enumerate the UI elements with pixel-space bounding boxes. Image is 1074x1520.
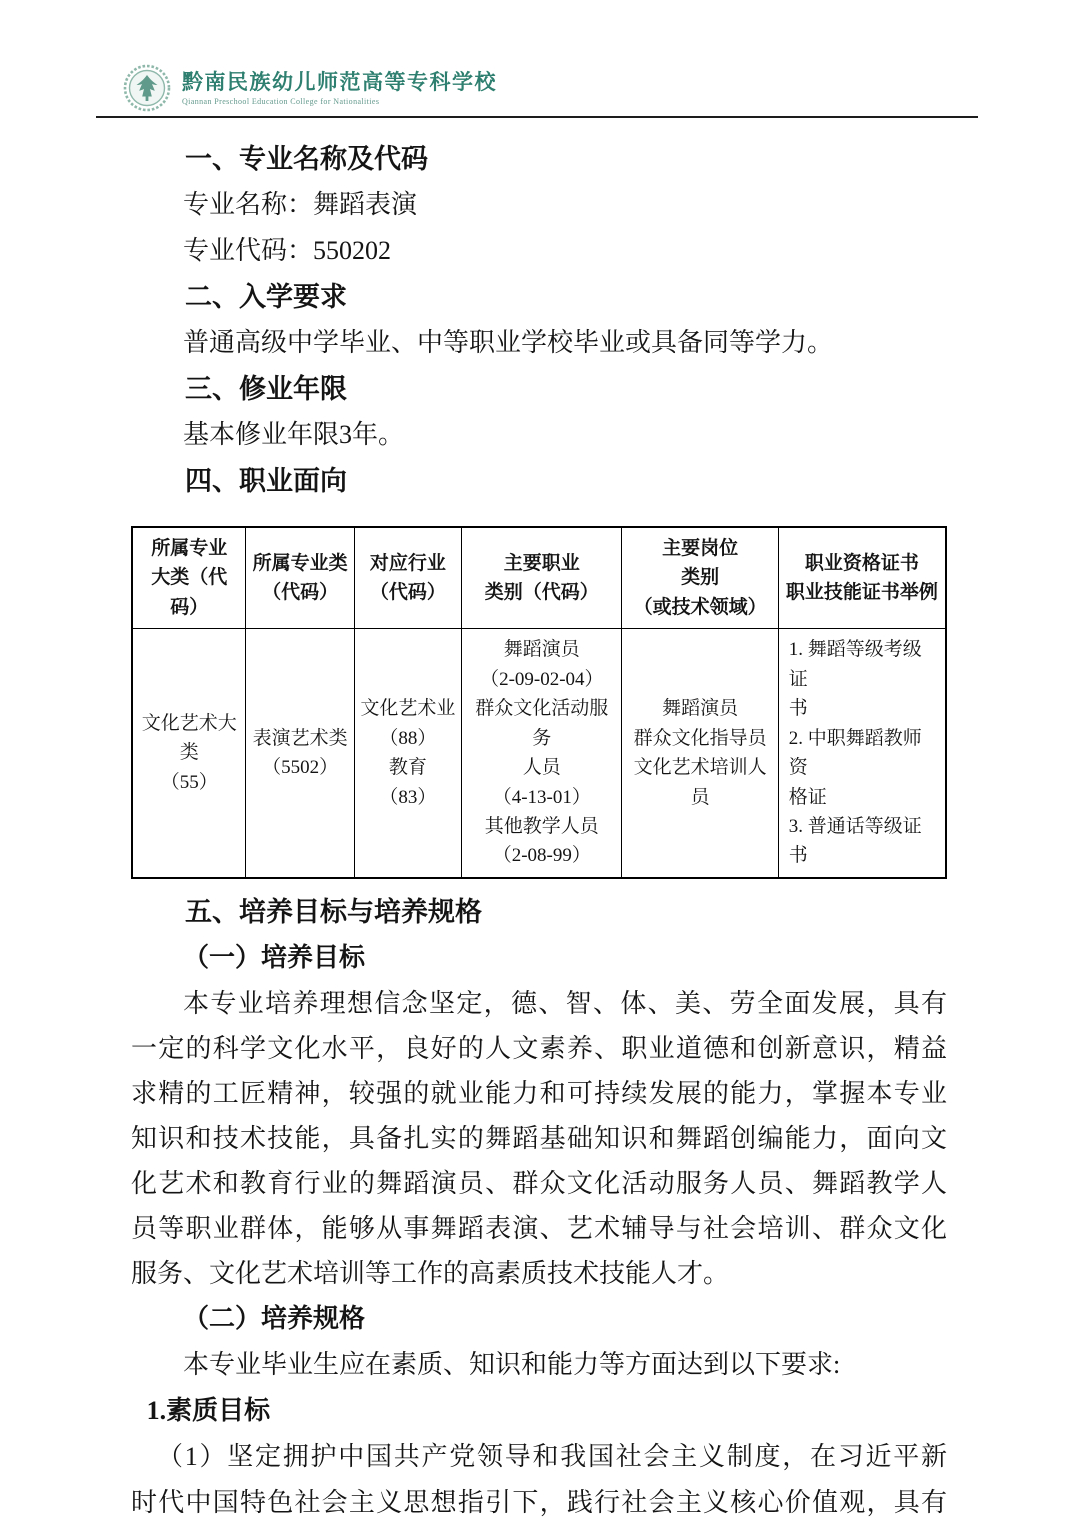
section2-heading: 二、入学要求 <box>131 274 947 320</box>
td-certificates: 1. 舞蹈等级考级证 书 2. 中职舞蹈教师资 格证 3. 普通话等级证书 <box>778 629 946 878</box>
goal-line: 员等职业群体，能够从事舞蹈表演、艺术辅导与社会培训、群众文化 <box>131 1206 947 1251</box>
section5-sub1-heading: （一）培养目标 <box>131 935 947 981</box>
training-goal-paragraph: 本专业培养理想信念坚定，德、智、体、美、劳全面发展，具有 一定的科学文化水平，良… <box>131 981 947 1296</box>
table-header-row: 所属专业 大类（代码） 所属专业类 （代码） 对应行业 （代码） 主要职业 类别… <box>132 527 946 629</box>
school-name-en: Qiannan Preschool Education College for … <box>182 97 497 106</box>
goal-line: 本专业培养理想信念坚定，德、智、体、美、劳全面发展，具有 <box>131 981 947 1026</box>
section4-heading: 四、职业面向 <box>131 458 947 504</box>
table-data-row: 文化艺术大 类 （55） 表演艺术类 （5502） 文化艺术业 （88） 教育 … <box>132 629 946 878</box>
goal-line: 知识和技术技能，具备扎实的舞蹈基础知识和舞蹈创编能力，面向文 <box>131 1116 947 1161</box>
major-name-line: 专业名称：舞蹈表演 <box>131 182 947 228</box>
th-major-class: 所属专业类 （代码） <box>246 527 354 629</box>
school-logo: 黔南民族幼儿师范高等专科学校 Qiannan Preschool Educati… <box>123 64 978 116</box>
td-occupation-category: 舞蹈演员 （2-09-02-04） 群众文化活动服务 人员 （4-13-01） … <box>462 629 622 878</box>
quality-line: （1）坚定拥护中国共产党领导和我国社会主义制度，在习近平新 <box>131 1434 947 1480</box>
td-post-category: 舞蹈演员 群众文化指导员 文化艺术培训人 员 <box>622 629 778 878</box>
th-post-category: 主要岗位 类别 （或技术领域） <box>622 527 778 629</box>
training-spec-intro: 本专业毕业生应在素质、知识和能力等方面达到以下要求: <box>131 1342 947 1388</box>
td-major-group: 文化艺术大 类 （55） <box>132 629 246 878</box>
section5-sub2-heading: （二）培养规格 <box>131 1296 947 1342</box>
study-duration-text: 基本修业年限3年。 <box>131 412 947 458</box>
section5-heading: 五、培养目标与培养规格 <box>131 889 947 935</box>
th-occupation-category: 主要职业 类别（代码） <box>462 527 622 629</box>
goal-line: 化艺术和教育行业的舞蹈演员、群众文化活动服务人员、舞蹈教学人 <box>131 1161 947 1206</box>
th-industry: 对应行业 （代码） <box>354 527 461 629</box>
school-name-block: 黔南民族幼儿师范高等专科学校 Qiannan Preschool Educati… <box>182 70 497 105</box>
goal-line: 一定的科学文化水平，良好的人文素养、职业道德和创新意识，精益 <box>131 1026 947 1071</box>
quality-goal-paragraph: （1）坚定拥护中国共产党领导和我国社会主义制度，在习近平新 时代中国特色社会主义… <box>131 1434 947 1520</box>
section1-heading: 一、专业名称及代码 <box>131 136 947 182</box>
goal-line: 服务、文化艺术培训等工作的高素质技术技能人才。 <box>131 1251 947 1296</box>
quality-line: 时代中国特色社会主义思想指引下，践行社会主义核心价值观，具有 <box>131 1480 947 1520</box>
goal-line: 求精的工匠精神，较强的就业能力和可持续发展的能力，掌握本专业 <box>131 1071 947 1116</box>
entry-requirement-text: 普通高级中学毕业、中等职业学校毕业或具备同等学力。 <box>131 320 947 366</box>
school-name-cn: 黔南民族幼儿师范高等专科学校 <box>182 70 497 94</box>
th-certificates: 职业资格证书 职业技能证书举例 <box>778 527 946 629</box>
document-body: 一、专业名称及代码 专业名称：舞蹈表演 专业代码：550202 二、入学要求 普… <box>131 136 947 1520</box>
td-major-class: 表演艺术类 （5502） <box>246 629 354 878</box>
career-orientation-table: 所属专业 大类（代码） 所属专业类 （代码） 对应行业 （代码） 主要职业 类别… <box>131 526 947 879</box>
th-major-group: 所属专业 大类（代码） <box>132 527 246 629</box>
section3-heading: 三、修业年限 <box>131 366 947 412</box>
page-header: 黔南民族幼儿师范高等专科学校 Qiannan Preschool Educati… <box>96 0 978 118</box>
quality-goal-heading: 1.素质目标 <box>131 1388 947 1434</box>
td-industry: 文化艺术业 （88） 教育 （83） <box>354 629 461 878</box>
school-seal-icon <box>123 64 171 112</box>
major-code-line: 专业代码：550202 <box>131 228 947 274</box>
document-page: 黔南民族幼儿师范高等专科学校 Qiannan Preschool Educati… <box>0 0 1074 1520</box>
